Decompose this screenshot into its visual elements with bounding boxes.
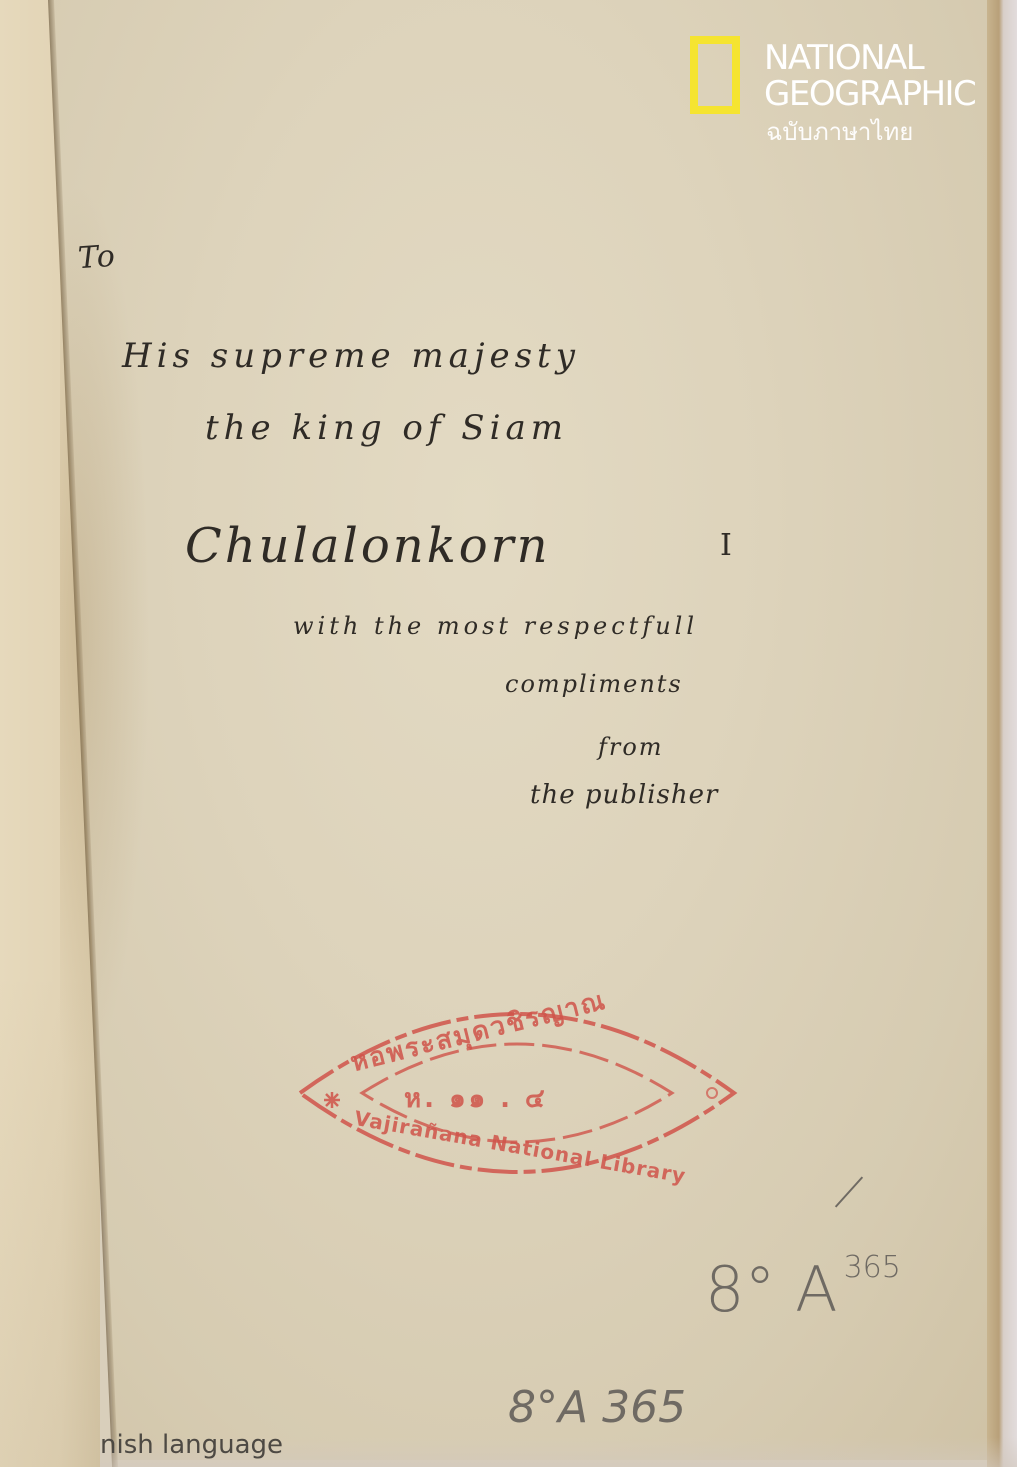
- call-number-upper-main: 8° A: [705, 1253, 838, 1326]
- inscription-line-4: compliments: [505, 670, 683, 698]
- book-photo: NATIONAL GEOGRAPHIC ฉบับภาษาไทย To His s…: [0, 0, 1017, 1467]
- call-number-upper: 8° A365: [705, 1250, 901, 1326]
- page-edge: [987, 0, 1017, 1467]
- inscription-line-3: with the most respectfull: [293, 612, 698, 640]
- inscription-line-5: from: [598, 733, 664, 761]
- logo-line-2: GEOGRAPHIC: [764, 76, 975, 112]
- inscription-regnal-number: I: [720, 528, 733, 563]
- logo-line-1: NATIONAL: [764, 40, 975, 76]
- right-page: [48, 0, 998, 1460]
- edge-note: nish language: [100, 1430, 283, 1460]
- library-stamp: หอพระสมุดวชิรญาณ ห. ๑๑ . ๔ Vajirañana Na…: [292, 975, 742, 1210]
- inscription-salutation: To: [77, 239, 117, 277]
- logo-subtitle: ฉบับภาษาไทย: [766, 118, 913, 146]
- logo-wordmark: NATIONAL GEOGRAPHIC: [764, 40, 975, 112]
- inscription-line-2: the king of Siam: [205, 408, 568, 448]
- call-number-lower: 8°A 365: [508, 1382, 686, 1433]
- stamp-middle-text: ห. ๑๑ . ๔: [404, 1078, 548, 1119]
- inscription-name: Chulalonkorn: [185, 518, 551, 574]
- yellow-frame-icon: [690, 36, 740, 114]
- inscription-line-6: the publisher: [530, 780, 718, 810]
- call-number-upper-sup: 365: [844, 1250, 901, 1285]
- inscription-line-1: His supreme majesty: [122, 336, 580, 376]
- national-geographic-logo: NATIONAL GEOGRAPHIC ฉบับภาษาไทย: [690, 36, 990, 156]
- page-stain: [60, 180, 150, 1080]
